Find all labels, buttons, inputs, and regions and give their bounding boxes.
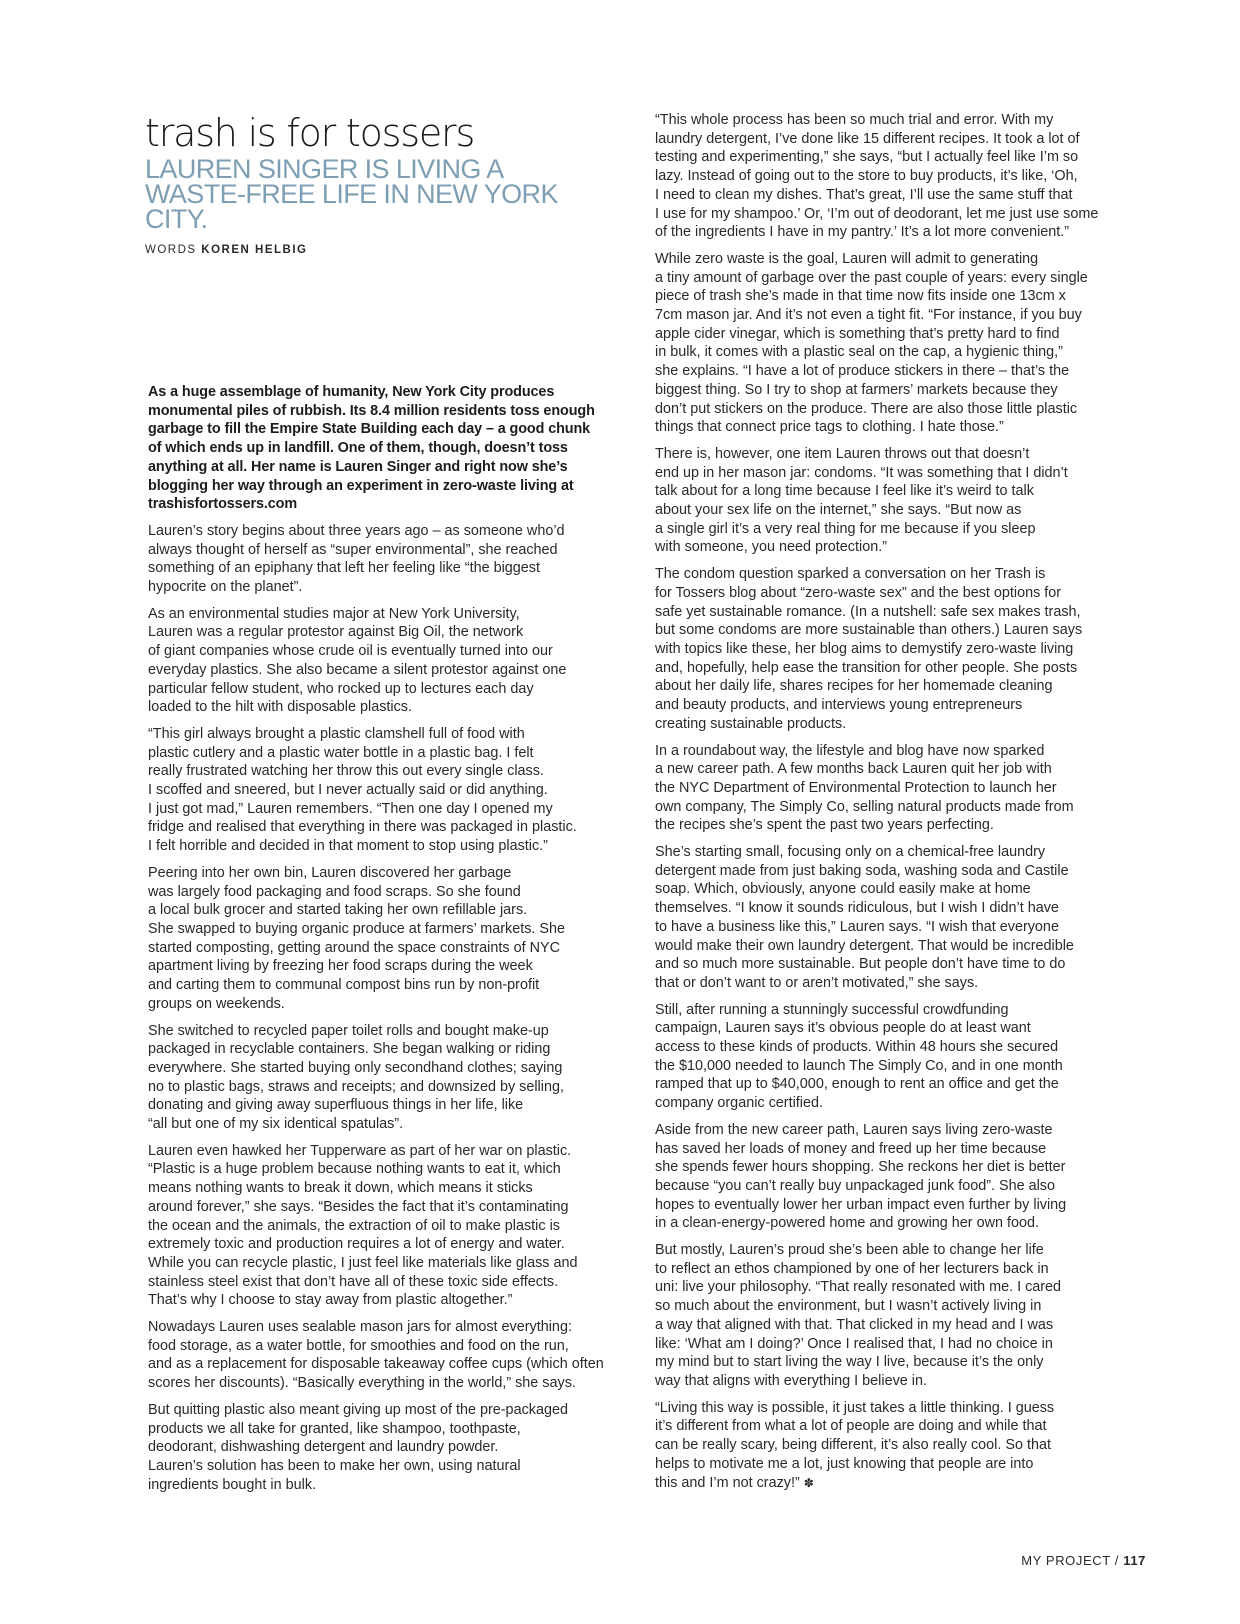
article-subhead: LAUREN SINGER IS LIVING A WASTE-FREE LIF… — [145, 157, 625, 232]
body-paragraph: There is, however, one item Lauren throw… — [655, 445, 1130, 557]
body-paragraph: Aside from the new career path, Lauren s… — [655, 1121, 1130, 1233]
page-footer: MY PROJECT / 117 — [1000, 1553, 1146, 1568]
footer-separator: / — [1111, 1553, 1124, 1568]
body-paragraph: Lauren even hawked her Tupperware as par… — [148, 1142, 623, 1310]
body-paragraph: Nowadays Lauren uses sealable mason jars… — [148, 1318, 623, 1393]
final-paragraph-text: “Living this way is possible, it just ta… — [655, 1400, 1054, 1491]
body-paragraph: She switched to recycled paper toilet ro… — [148, 1022, 623, 1134]
body-paragraph: Peering into her own bin, Lauren discove… — [148, 864, 623, 1014]
left-column: As a huge assemblage of humanity, New Yo… — [148, 383, 623, 1502]
flower-end-mark-icon: ✽ — [804, 1474, 814, 1493]
article-title: trash is for tossers — [145, 111, 474, 155]
body-paragraph: She’s starting small, focusing only on a… — [655, 843, 1130, 993]
body-paragraph: The condom question sparked a conversati… — [655, 565, 1130, 733]
body-paragraph: While zero waste is the goal, Lauren wil… — [655, 250, 1130, 437]
byline-label: WORDS — [145, 244, 197, 256]
body-paragraph: In a roundabout way, the lifestyle and b… — [655, 742, 1130, 836]
body-paragraph: But mostly, Lauren’s proud she’s been ab… — [655, 1241, 1130, 1391]
body-paragraph: But quitting plastic also meant giving u… — [148, 1401, 623, 1495]
body-paragraph: “This whole process has been so much tri… — [655, 111, 1130, 242]
body-paragraph: “This girl always brought a plastic clam… — [148, 725, 623, 856]
footer-section: MY PROJECT — [1021, 1553, 1110, 1568]
body-paragraph: Still, after running a stunningly succes… — [655, 1001, 1130, 1113]
page-number: 117 — [1123, 1553, 1146, 1568]
right-column: “This whole process has been so much tri… — [655, 111, 1130, 1500]
byline-author: KOREN HELBIG — [201, 244, 307, 256]
byline: WORDS KOREN HELBIG — [145, 244, 307, 256]
body-paragraph: Lauren’s story begins about three years … — [148, 522, 623, 597]
intro-paragraph: As a huge assemblage of humanity, New Yo… — [148, 383, 623, 514]
final-paragraph: “Living this way is possible, it just ta… — [655, 1399, 1130, 1493]
body-paragraph: As an environmental studies major at New… — [148, 605, 623, 717]
